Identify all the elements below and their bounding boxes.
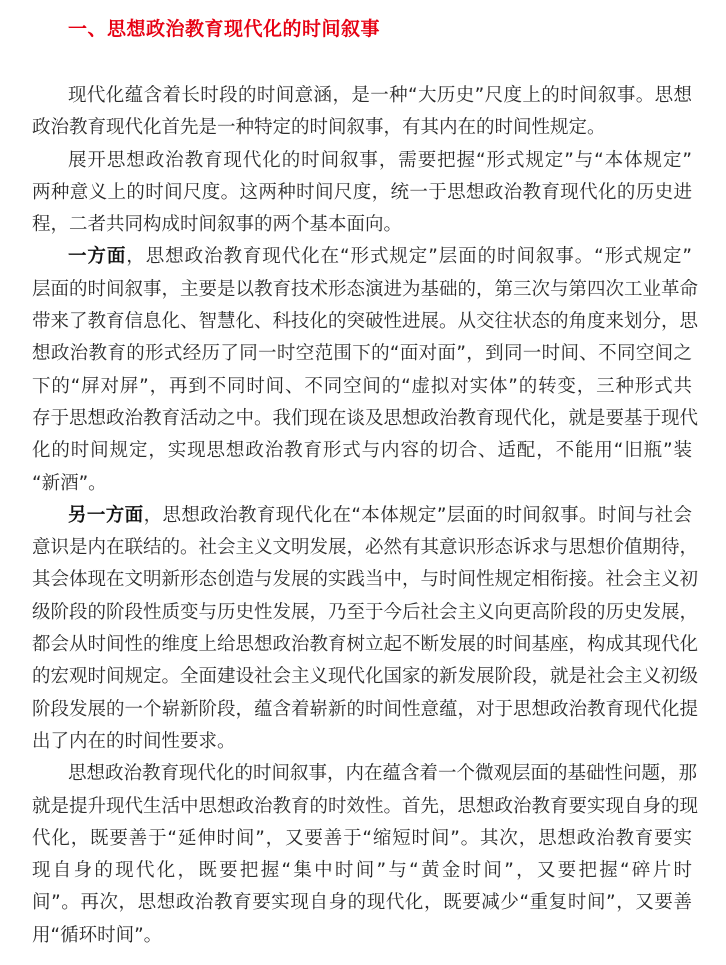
lead-phrase: 一方面 <box>68 246 126 267</box>
section-title: 一、思想政治教育现代化的时间叙事 <box>68 14 380 41</box>
lead-phrase: 另一方面 <box>68 505 144 526</box>
text-line: 带来了教育信息化、智慧化、科技化的突破性进展。从交往状态的角度来划分，思 <box>32 306 692 338</box>
text-line: 其会体现在文明新形态创造与发展的实践当中，与时间性规定相衔接。社会主义初 <box>32 564 692 596</box>
text-line: 一方面，思想政治教育现代化在“形式规定”层面的时间叙事。“形式规定” <box>32 241 692 273</box>
text-line: 代化，既要善于“延伸时间”，又要善于“缩短时间”。其次，思想政治教育要实 <box>32 823 692 855</box>
text-line: 的宏观时间规定。全面建设社会主义现代化国家的新发展阶段，就是社会主义初级 <box>32 661 692 693</box>
text-span: ，思想政治教育现代化在“本体规定”层面的时间叙事。时间与社会 <box>144 505 692 526</box>
text-line: 阶段发展的一个崭新阶段，蕴含着崭新的时间性意蕴，对于思想政治教育现代化提 <box>32 694 692 726</box>
text-line: 现自身的现代化，既要把握“集中时间”与“黄金时间”，又要把握“碎片时 <box>32 855 692 887</box>
text-line: 就是提升现代生活中思想政治教育的时效性。首先，思想政治教育要实现自身的现 <box>32 791 692 823</box>
text-line: 级阶段的阶段性质变与历史性发展，乃至于今后社会主义向更高阶段的历史发展， <box>32 597 692 629</box>
text-span: ，思想政治教育现代化在“形式规定”层面的时间叙事。“形式规定” <box>126 246 692 267</box>
text-line: 都会从时间性的维度上给思想政治教育树立起不断发展的时间基座，构成其现代化 <box>32 629 692 661</box>
text-line: 展开思想政治教育现代化的时间叙事，需要把握“形式规定”与“本体规定” <box>32 145 692 177</box>
text-line: 化的时间规定，实现思想政治教育形式与内容的切合、适配，不能用“旧瓶”装 <box>32 435 692 467</box>
text-line: “新酒”。 <box>32 468 692 500</box>
text-line: 想政治教育的形式经历了同一时空范围下的“面对面”，到同一时间、不同空间之 <box>32 338 692 370</box>
text-line: 意识是内在联结的。社会主义文明发展，必然有其意识形态诉求与思想价值期待， <box>32 532 692 564</box>
text-line: 间”。再次，思想政治教育要实现自身的现代化，既要减少“重复时间”，又要善 <box>32 887 692 919</box>
text-line: 另一方面，思想政治教育现代化在“本体规定”层面的时间叙事。时间与社会 <box>32 500 692 532</box>
text-line: 用“循环时间”。 <box>32 920 692 952</box>
text-line: 下的“屏对屏”，再到不同时间、不同空间的“虚拟对实体”的转变，三种形式共 <box>32 371 692 403</box>
text-line: 政治教育现代化首先是一种特定的时间叙事，有其内在的时间性规定。 <box>32 112 692 144</box>
text-line: 现代化蕴含着长时段的时间意涵，是一种“大历史”尺度上的时间叙事。思想 <box>32 80 692 112</box>
text-line: 两种意义上的时间尺度。这两种时间尺度，统一于思想政治教育现代化的历史进 <box>32 177 692 209</box>
text-line: 程，二者共同构成时间叙事的两个基本面向。 <box>32 209 692 241</box>
text-line: 思想政治教育现代化的时间叙事，内在蕴含着一个微观层面的基础性问题，那 <box>32 758 692 790</box>
text-line: 出了内在的时间性要求。 <box>32 726 692 758</box>
article-body: 现代化蕴含着长时段的时间意涵，是一种“大历史”尺度上的时间叙事。思想 政治教育现… <box>32 80 692 952</box>
text-line: 存于思想政治教育活动之中。我们现在谈及思想政治教育现代化，就是要基于现代 <box>32 403 692 435</box>
text-line: 层面的时间叙事，主要是以教育技术形态演进为基础的，第三次与第四次工业革命 <box>32 274 692 306</box>
